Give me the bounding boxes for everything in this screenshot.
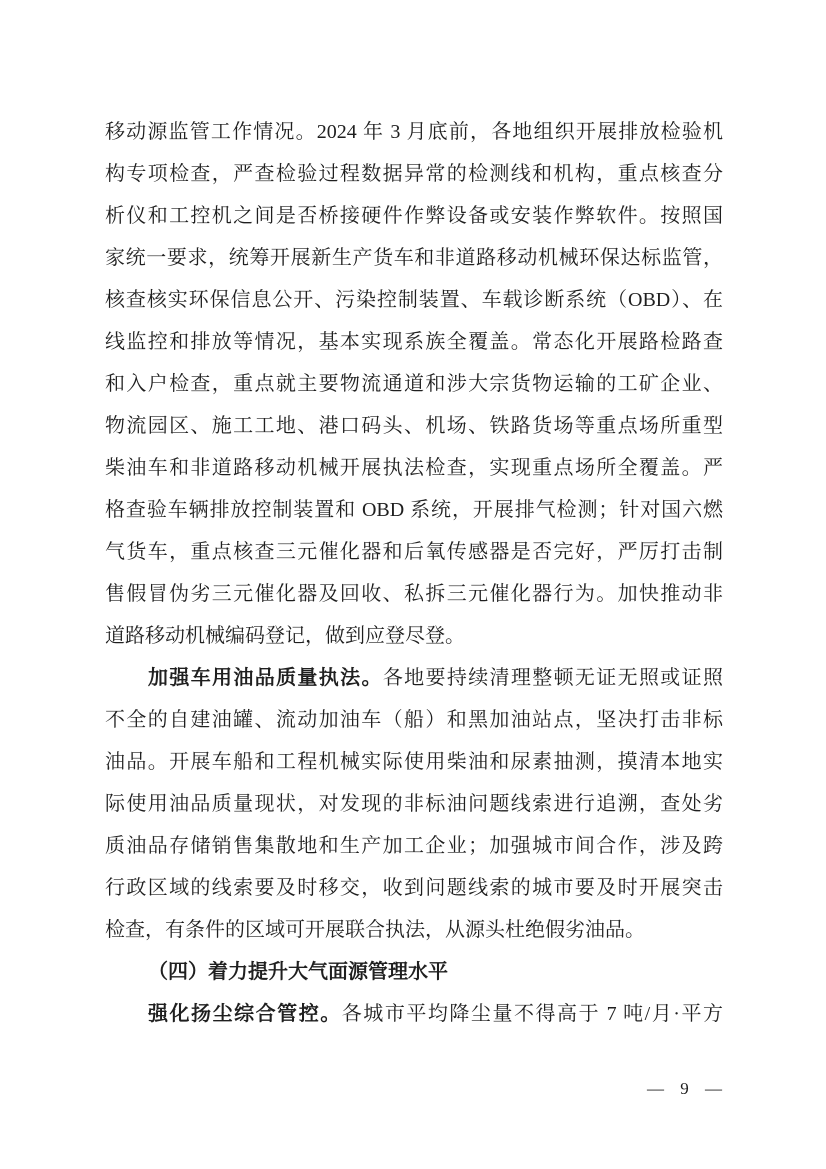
page-number: — 9 —: [647, 1079, 723, 1098]
text-line: 气货车，重点核查三元催化器和后氧传感器是否完好，严厉打击制: [105, 531, 723, 573]
text-line: 售假冒伪劣三元催化器及回收、私拆三元催化器行为。加快推动非: [105, 573, 723, 615]
text-run: 道路移动机械编码登记，做到应登尽登。: [105, 625, 465, 647]
text-line: 道路移动机械编码登记，做到应登尽登。: [105, 615, 723, 657]
page-footer: — 9 —: [647, 1076, 723, 1102]
text-run: 线监控和排放等情况，基本实现系族全覆盖。常态化开展路检路查: [105, 331, 723, 353]
text-line: 强化扬尘综合管控。各城市平均降尘量不得高于 7 吨/月·平方: [105, 993, 723, 1035]
bold-run: 强化扬尘综合管控。: [148, 1003, 342, 1025]
text-line: 加强车用油品质量执法。各地要持续清理整顿无证无照或证照: [105, 657, 723, 699]
text-run: 核查核实环保信息公开、污染控制装置、车载诊断系统（OBD）、在: [105, 289, 723, 311]
text-run: 格查验车辆排放控制装置和 OBD 系统，开展排气检测；针对国六燃: [105, 499, 723, 521]
text-run: 质油品存储销售集散地和生产加工企业；加强城市间合作，涉及跨: [105, 835, 723, 857]
text-line: 核查核实环保信息公开、污染控制装置、车载诊断系统（OBD）、在: [105, 279, 723, 321]
bold-run: 加强车用油品质量执法。: [148, 667, 383, 689]
document-page: 移动源监管工作情况。2024 年 3 月底前，各地组织开展排放检验机构专项检查，…: [0, 0, 826, 1169]
text-line: 不全的自建油罐、流动加油车（船）和黑加油站点，坚决打击非标: [105, 699, 723, 741]
document-body: 移动源监管工作情况。2024 年 3 月底前，各地组织开展排放检验机构专项检查，…: [105, 111, 723, 1035]
text-run: 行政区域的线索要及时移交，收到问题线索的城市要及时开展突击: [105, 877, 723, 899]
text-run: 构专项检查，严查检验过程数据异常的检测线和机构，重点核查分: [105, 163, 723, 185]
text-run: 和入户检查，重点就主要物流通道和涉大宗货物运输的工矿企业、: [105, 373, 723, 395]
text-run: 气货车，重点核查三元催化器和后氧传感器是否完好，严厉打击制: [105, 541, 723, 563]
bold-run: （四）着力提升大气面源管理水平: [148, 961, 448, 983]
text-run: 析仪和工控机之间是否桥接硬件作弊设备或安装作弊软件。按照国: [105, 205, 723, 227]
text-run: 家统一要求，统筹开展新生产货车和非道路移动机械环保达标监管，: [105, 247, 723, 269]
text-line: 检查，有条件的区域可开展联合执法，从源头杜绝假劣油品。: [105, 909, 723, 951]
text-line: 构专项检查，严查检验过程数据异常的检测线和机构，重点核查分: [105, 153, 723, 195]
text-line: 移动源监管工作情况。2024 年 3 月底前，各地组织开展排放检验机: [105, 111, 723, 153]
text-line: 油品。开展车船和工程机械实际使用柴油和尿素抽测，摸清本地实: [105, 741, 723, 783]
text-line: 家统一要求，统筹开展新生产货车和非道路移动机械环保达标监管，: [105, 237, 723, 279]
text-run: 油品。开展车船和工程机械实际使用柴油和尿素抽测，摸清本地实: [105, 751, 723, 773]
text-line: 行政区域的线索要及时移交，收到问题线索的城市要及时开展突击: [105, 867, 723, 909]
text-line: 际使用油品质量现状，对发现的非标油问题线索进行追溯，查处劣: [105, 783, 723, 825]
text-run: 物流园区、施工工地、港口码头、机场、铁路货场等重点场所重型: [105, 415, 723, 437]
text-line: 物流园区、施工工地、港口码头、机场、铁路货场等重点场所重型: [105, 405, 723, 447]
text-run: 各城市平均降尘量不得高于 7 吨/月·平方: [342, 1003, 723, 1025]
text-run: 移动源监管工作情况。2024 年 3 月底前，各地组织开展排放检验机: [105, 121, 723, 143]
text-run: 际使用油品质量现状，对发现的非标油问题线索进行追溯，查处劣: [105, 793, 723, 815]
text-run: 各地要持续清理整顿无证无照或证照: [383, 667, 723, 689]
text-line: 线监控和排放等情况，基本实现系族全覆盖。常态化开展路检路查: [105, 321, 723, 363]
text-line: 析仪和工控机之间是否桥接硬件作弊设备或安装作弊软件。按照国: [105, 195, 723, 237]
section-heading: （四）着力提升大气面源管理水平: [105, 951, 723, 993]
text-line: 质油品存储销售集散地和生产加工企业；加强城市间合作，涉及跨: [105, 825, 723, 867]
text-run: 不全的自建油罐、流动加油车（船）和黑加油站点，坚决打击非标: [105, 709, 723, 731]
text-run: 检查，有条件的区域可开展联合执法，从源头杜绝假劣油品。: [105, 919, 645, 941]
text-run: 柴油车和非道路移动机械开展执法检查，实现重点场所全覆盖。严: [105, 457, 723, 479]
text-line: 和入户检查，重点就主要物流通道和涉大宗货物运输的工矿企业、: [105, 363, 723, 405]
text-line: 柴油车和非道路移动机械开展执法检查，实现重点场所全覆盖。严: [105, 447, 723, 489]
text-line: 格查验车辆排放控制装置和 OBD 系统，开展排气检测；针对国六燃: [105, 489, 723, 531]
text-run: 售假冒伪劣三元催化器及回收、私拆三元催化器行为。加快推动非: [105, 583, 723, 605]
